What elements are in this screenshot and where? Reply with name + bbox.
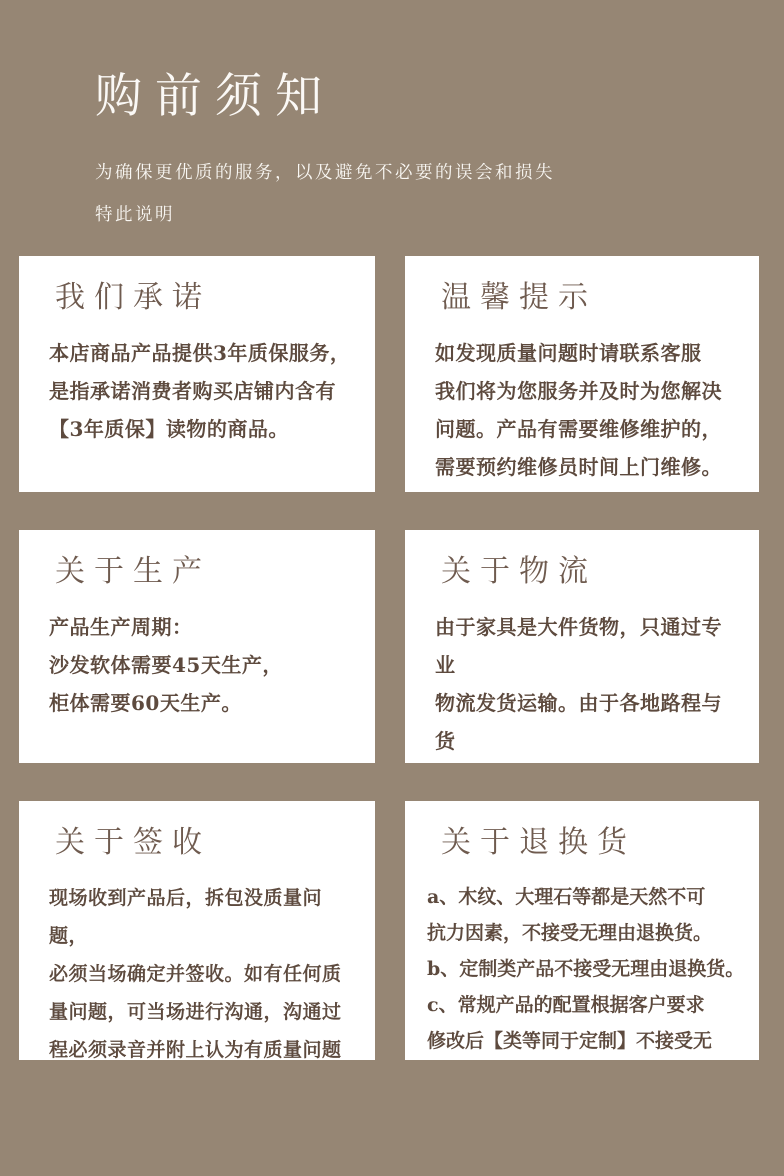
card-promise: 我们承诺 本店商品产品提供3年质保服务， 是指承诺消费者购买店铺内含有 【3年质… [19,256,375,492]
card-returns: 关于退换货 a、木纹、大理石等都是天然不可 抗力因素，不接受无理由退换货。 b、… [405,801,759,1060]
card-returns-title: 关于退换货 [441,823,755,863]
card-production-body: 产品生产周期： 沙发软体需要45天生产， 柜体需要60天生产。 [49,608,355,722]
card-returns-body: a、木纹、大理石等都是天然不可 抗力因素，不接受无理由退换货。 b、定制类产品不… [427,879,755,1060]
card-tips: 温馨提示 如发现质量问题时请联系客服 我们将为您服务并及时为您解决 问题。产品有… [405,256,759,492]
card-logistics-title: 关于物流 [441,552,739,592]
card-tips-body: 如发现质量问题时请联系客服 我们将为您服务并及时为您解决 问题。产品有需要维修维… [435,334,739,486]
card-receipt: 关于签收 现场收到产品后，拆包没质量问题， 必须当场确定并签收。如有任何质 量问… [19,801,375,1060]
purchase-notice-page: 购前须知 为确保更优质的服务，以及避免不必要的误会和损失 特此说明 我们承诺 本… [0,0,784,1176]
card-receipt-body: 现场收到产品后，拆包没质量问题， 必须当场确定并签收。如有任何质 量问题，可当场… [49,879,355,1060]
page-title: 购前须知 [95,68,715,126]
card-logistics: 关于物流 由于家具是大件货物，只通过专业 物流发货运输。由于各地路程与货 物体积… [405,530,759,763]
card-receipt-title: 关于签收 [55,823,355,863]
card-production: 关于生产 产品生产周期： 沙发软体需要45天生产， 柜体需要60天生产。 [19,530,375,763]
notice-header: 购前须知 为确保更优质的服务，以及避免不必要的误会和损失 特此说明 [95,68,715,236]
card-production-title: 关于生产 [55,552,355,592]
notice-cards-grid: 我们承诺 本店商品产品提供3年质保服务， 是指承诺消费者购买店铺内含有 【3年质… [19,256,759,1060]
card-promise-body: 本店商品产品提供3年质保服务， 是指承诺消费者购买店铺内含有 【3年质保】读物的… [49,334,355,448]
page-subtitle: 为确保更优质的服务，以及避免不必要的误会和损失 特此说明 [95,152,715,236]
card-tips-title: 温馨提示 [441,278,739,318]
card-promise-title: 我们承诺 [55,278,355,318]
card-logistics-body: 由于家具是大件货物，只通过专业 物流发货运输。由于各地路程与货 物体积不同，有可… [435,608,739,763]
